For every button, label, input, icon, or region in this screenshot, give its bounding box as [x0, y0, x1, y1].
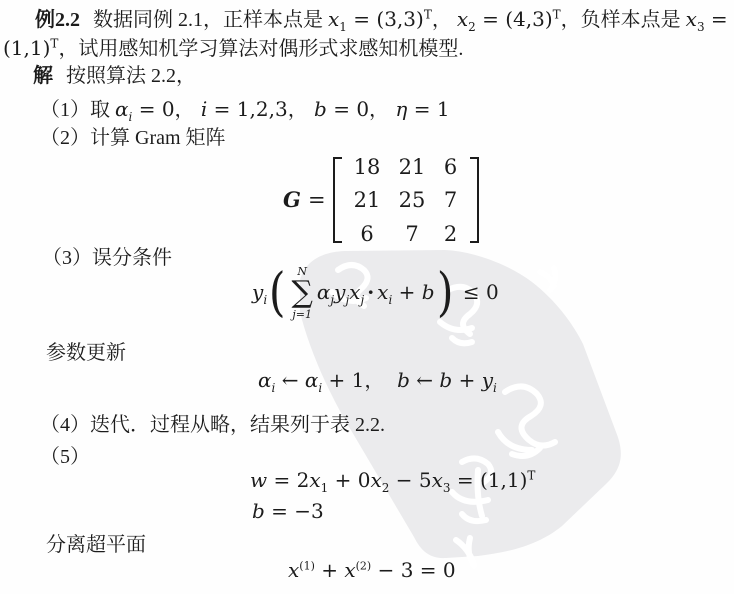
example-number-label: 例2.2 — [35, 9, 80, 31]
leq-zero: ≤ 0 — [463, 280, 499, 305]
step-3-line: （3）误分条件 — [42, 246, 172, 271]
document-page: 例2.2数据同例 2.1，正样本点是 x1 = (3,3)T， x2 = (4,… — [0, 0, 734, 594]
big-paren-open: ( — [269, 267, 286, 319]
solution-text: 按照算法 2.2， — [66, 65, 196, 87]
step-1-text: （1）取 — [40, 99, 115, 121]
misclassification-formula: yi ( N∑j=1 αj yj xj · xi + b ) ≤ 0 — [252, 266, 499, 320]
matrix-cell: 6 — [435, 154, 467, 180]
step-5-line: （5） — [40, 445, 90, 470]
update-label-text: 参数更新 — [46, 342, 126, 364]
math-x2: x — [370, 468, 381, 492]
math-text: = 1,2,3， — [207, 97, 314, 121]
step-5-text: （5） — [40, 446, 90, 468]
intro-line-1: 例2.2数据同例 2.1，正样本点是 x1 = (3,3)T， x2 = (4,… — [35, 7, 728, 33]
math-text: + — [452, 368, 481, 392]
matrix-name: G — [283, 187, 301, 213]
equals-sign: = — [308, 187, 326, 213]
sum-lower-limit: j=1 — [292, 309, 312, 320]
update-formula: αi ← αi + 1， b ← b + yi — [258, 368, 497, 393]
matrix-cell: 21 — [390, 154, 435, 180]
solution-line: 解按照算法 2.2， — [33, 64, 196, 89]
math-text: = 2 — [267, 468, 309, 492]
math-text: + 0 — [328, 468, 370, 492]
math-text: + — [315, 558, 344, 582]
matrix-cell: 2 — [435, 221, 467, 247]
hyperplane-label: 分离超平面 — [46, 533, 146, 558]
matrix-bracket-left — [333, 157, 342, 243]
w-formula: w = 2x1 + 0x2 − 5x3 = (1,1)T — [250, 468, 535, 493]
math-x-sup2: x — [344, 558, 355, 582]
math-text: = 0， — [327, 97, 396, 121]
math-x-sup1: x — [288, 558, 299, 582]
math-alpha-j: αj — [317, 280, 334, 305]
math-text: + 1， — [322, 368, 397, 392]
math-text: − 5 — [389, 468, 431, 492]
hyperplane-label-text: 分离超平面 — [46, 534, 146, 556]
step-3-text: （3）误分条件 — [42, 247, 172, 269]
math-x3: x — [432, 468, 443, 492]
matrix-cell: 7 — [435, 187, 467, 213]
step-4-text: （4）迭代．过程从略，结果列于表 2.2. — [40, 414, 385, 436]
math-text: − 3 = 0 — [371, 558, 455, 582]
intro-text: 数据同例 2.1，正样本点是 — [93, 9, 328, 31]
sigma-symbol: ∑ — [291, 277, 312, 309]
math-b: b — [252, 499, 265, 523]
hyperplane-formula: x(1) + x(2) − 3 = 0 — [288, 558, 456, 583]
math-alpha-i: α — [258, 368, 272, 392]
math-x3-value: (1,1)T — [3, 36, 58, 60]
math-x-j: xj — [349, 280, 364, 305]
left-arrow: ← — [410, 368, 439, 392]
step-1-line: （1）取 αi = 0， i = 1,2,3， b = 0， η = 1 — [40, 97, 450, 123]
matrix-cell: 18 — [345, 154, 390, 180]
matrix-cell: 7 — [390, 221, 435, 247]
math-text: = −3 — [265, 499, 324, 523]
update-label: 参数更新 — [46, 341, 126, 366]
left-arrow: ← — [275, 368, 304, 392]
math-alpha: αi = 0， — [115, 97, 201, 121]
dot-operator: · — [367, 280, 374, 305]
matrix-bracket-right — [470, 157, 479, 243]
gram-matrix: G = 1821621257672 — [283, 149, 479, 252]
math-text: = 1 — [407, 97, 449, 121]
math-y-i: y — [482, 368, 493, 392]
solution-label: 解 — [33, 65, 53, 87]
b-formula: b = −3 — [252, 499, 324, 524]
step-2-text: （2）计算 Gram 矩阵 — [40, 127, 226, 149]
intro-text: ，负样本点是 — [561, 9, 686, 31]
matrix-cells: 1821621257672 — [343, 149, 469, 252]
math-b: b — [397, 368, 410, 392]
math-x2: x2 = (4,3)T — [457, 7, 561, 31]
math-x1: x1 = (3,3)T — [328, 7, 432, 31]
math-w: w — [250, 468, 267, 492]
math-x1: x — [309, 468, 320, 492]
math-b: b — [439, 368, 452, 392]
big-paren-close: ) — [436, 267, 453, 319]
math-eta: η — [395, 97, 407, 121]
math-y-j: yj — [334, 280, 349, 305]
math-x3: x3 = — [686, 7, 728, 31]
math-x-i: xi — [377, 280, 392, 305]
math-alpha-i: α — [305, 368, 319, 392]
math-yi: yi — [252, 280, 267, 305]
math-text: = (1,1) — [451, 468, 528, 492]
step-4-line: （4）迭代．过程从略，结果列于表 2.2. — [40, 413, 385, 438]
intro-text: ，试用感知机学习算法对偶形式求感知机模型. — [58, 38, 463, 60]
intro-line-2: (1,1)T，试用感知机学习算法对偶形式求感知机模型. — [3, 36, 463, 62]
math-plus-b: + b — [392, 280, 434, 305]
step-2-line: （2）计算 Gram 矩阵 — [40, 126, 226, 151]
matrix-cell: 21 — [345, 187, 390, 213]
summation: N∑j=1 — [291, 266, 312, 320]
matrix-cell: 25 — [390, 187, 435, 213]
matrix-cell: 6 — [345, 221, 390, 247]
punct: ， — [432, 9, 457, 31]
math-b: b — [314, 97, 327, 121]
